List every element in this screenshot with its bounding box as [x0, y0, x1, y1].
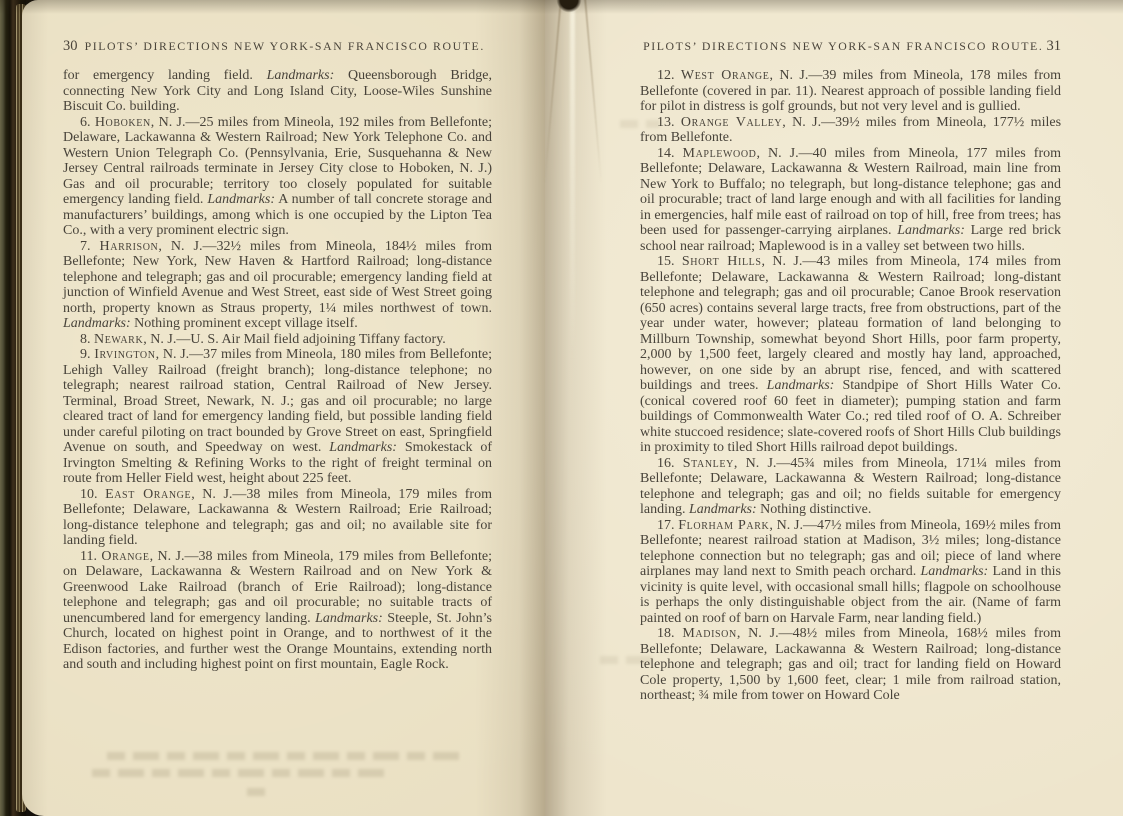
landmarks-label: Landmarks: [897, 223, 965, 238]
paragraph: 14. Maplewood, N. J.—40 miles from Mineo… [640, 146, 1061, 255]
paragraph: 7. Harrison, N. J.—32½ miles from Mineol… [63, 239, 492, 332]
place-name: Irvington [94, 347, 155, 362]
landmarks-label: Landmarks: [921, 564, 989, 579]
paragraph: 11. Orange, N. J.—38 miles from Mineola,… [63, 549, 492, 673]
text-segment: , N. J.—U. S. Air Mail field adjoining T… [143, 332, 446, 347]
paragraph: 12. West Orange, N. J.—39 miles from Min… [640, 68, 1061, 115]
place-name: Maplewood [683, 146, 757, 161]
right-page-text: 12. West Orange, N. J.—39 miles from Min… [640, 68, 1061, 704]
paragraph: 10. East Orange, N. J.—38 miles from Min… [63, 487, 492, 549]
paragraph: 16. Stanley, N. J.—45¾ miles from Mineol… [640, 456, 1061, 518]
right-page-number: 31 [1047, 38, 1062, 55]
paragraph: 8. Newark, N. J.—U. S. Air Mail field ad… [63, 332, 492, 348]
paragraph: 15. Short Hills, N. J.—43 miles from Min… [640, 254, 1061, 456]
text-segment: 6. [80, 115, 95, 130]
text-segment: Nothing prominent except village itself. [131, 316, 358, 331]
landmarks-label: Landmarks: [267, 68, 335, 83]
text-segment: 14. [657, 146, 683, 161]
landmarks-label: Landmarks: [689, 502, 757, 517]
paragraph: 6. Hoboken, N. J.—25 miles from Mineola,… [63, 115, 492, 239]
text-segment: 9. [80, 347, 94, 362]
bleed-through-artifact [247, 788, 273, 796]
left-running-title: PILOTS’ DIRECTIONS NEW YORK-SAN FRANCISC… [78, 39, 493, 54]
place-name: West Orange [681, 68, 770, 83]
text-segment: 10. [80, 487, 105, 502]
text-segment: 17. [657, 518, 678, 533]
left-page: 30 PILOTS’ DIRECTIONS NEW YORK-SAN FRANC… [22, 0, 545, 816]
paragraph: 18. Madison, N. J.—48½ miles from Mineol… [640, 626, 1061, 704]
text-segment: 16. [657, 456, 683, 471]
text-segment: , N. J.—37 miles from Mineola, 180 miles… [63, 347, 492, 455]
text-segment: 11. [80, 549, 101, 564]
text-segment: 7. [80, 239, 100, 254]
right-page: PILOTS’ DIRECTIONS NEW YORK-SAN FRANCISC… [545, 0, 1123, 816]
text-segment: 13. [657, 115, 681, 130]
place-name: Short Hills [682, 254, 762, 269]
left-page-text: for emergency landing field. Landmarks: … [63, 68, 492, 673]
place-name: East Orange [105, 487, 191, 502]
paragraph: 13. Orange Valley, N. J.—39½ miles from … [640, 115, 1061, 146]
landmarks-label: Landmarks: [63, 316, 131, 331]
right-page-header: PILOTS’ DIRECTIONS NEW YORK-SAN FRANCISC… [640, 38, 1061, 55]
place-name: Newark [94, 332, 143, 347]
place-name: Florham Park [678, 518, 769, 533]
right-running-title: PILOTS’ DIRECTIONS NEW YORK-SAN FRANCISC… [640, 39, 1047, 54]
text-segment: for emergency landing field. [63, 68, 267, 83]
place-name: Hoboken [95, 115, 151, 130]
text-segment: 15. [657, 254, 682, 269]
paragraph: for emergency landing field. Landmarks: … [63, 68, 492, 115]
paragraph: 9. Irvington, N. J.—37 miles from Mineol… [63, 347, 492, 487]
landmarks-label: Landmarks: [207, 192, 275, 207]
place-name: Stanley [683, 456, 734, 471]
bleed-through-artifact [107, 752, 467, 760]
landmarks-label: Landmarks: [767, 378, 835, 393]
text-segment: 18. [657, 626, 682, 641]
text-segment: 12. [657, 68, 681, 83]
paragraph: 17. Florham Park, N. J.—47½ miles from M… [640, 518, 1061, 627]
left-page-number: 30 [63, 38, 78, 55]
bleed-through-artifact [92, 769, 392, 777]
place-name: Harrison [100, 239, 159, 254]
left-page-header: 30 PILOTS’ DIRECTIONS NEW YORK-SAN FRANC… [63, 38, 492, 55]
landmarks-label: Landmarks: [329, 440, 397, 455]
landmarks-label: Landmarks: [315, 611, 383, 626]
place-name: Orange Valley [681, 115, 782, 130]
text-segment: Nothing distinctive. [757, 502, 872, 517]
place-name: Madison [682, 626, 736, 641]
place-name: Orange [101, 549, 149, 564]
book-spread: 30 PILOTS’ DIRECTIONS NEW YORK-SAN FRANC… [0, 0, 1123, 816]
text-segment: , N. J.—43 miles from Mineola, 174 miles… [640, 254, 1061, 393]
text-segment: 8. [80, 332, 94, 347]
